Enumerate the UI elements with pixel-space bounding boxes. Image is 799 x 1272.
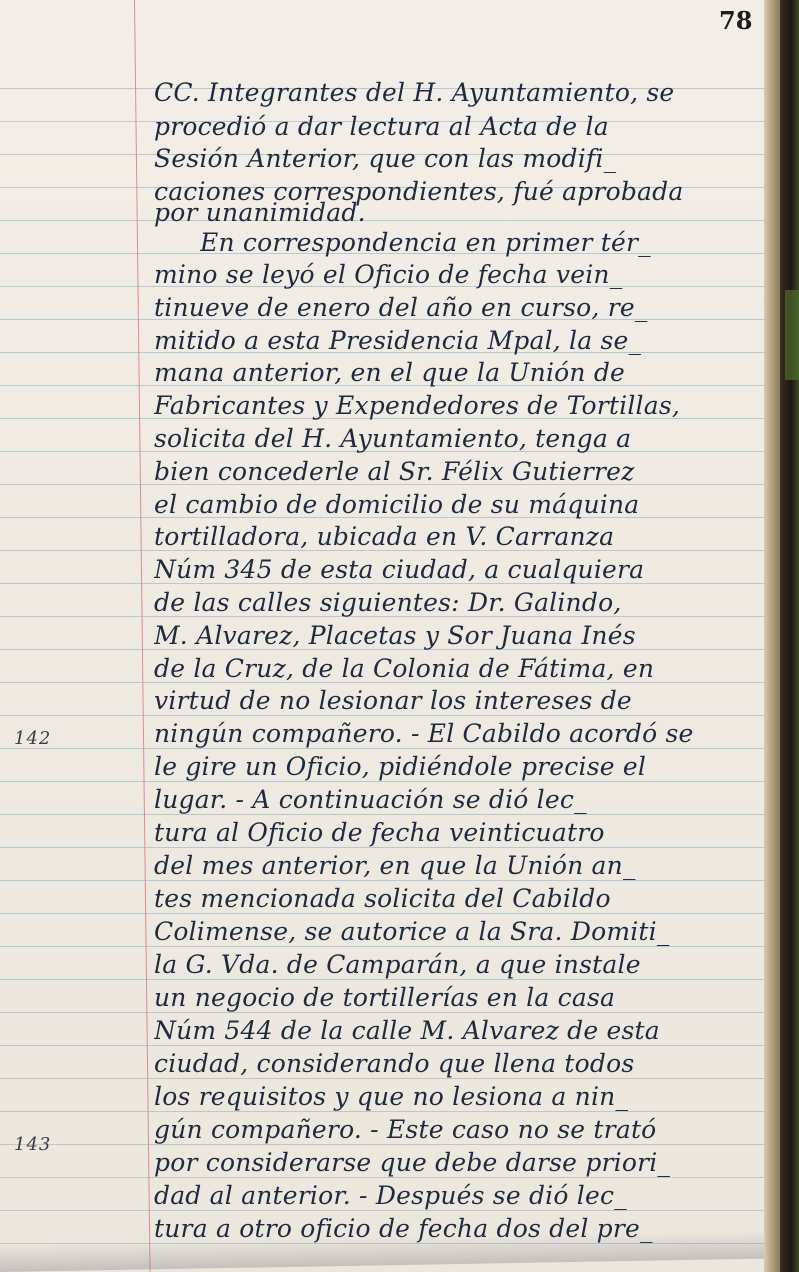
text-line: la G. Vda. de Camparán, a que instale <box>154 950 766 980</box>
text-line: virtud de no lesionar los intereses de <box>154 686 766 716</box>
text-line: gún compañero. - Este caso no se trató <box>154 1115 766 1145</box>
text-line: del mes anterior, en que la Unión an_ <box>154 851 766 881</box>
text-line: procedió a dar lectura al Acta de la <box>154 112 766 142</box>
page-bottom-shadow <box>0 1231 772 1272</box>
text-line: dad al anterior. - Después se dió lec_ <box>154 1181 766 1211</box>
binding-background-foliage <box>785 290 799 380</box>
text-line: le gire un Oficio, pidiéndole precise el <box>154 752 766 782</box>
text-line: ciudad, considerando que llena todos <box>154 1049 766 1079</box>
text-line: M. Alvarez, Placetas y Sor Juana Inés <box>154 621 766 651</box>
page-number: 78 <box>719 6 752 35</box>
text-line: solicita del H. Ayuntamiento, tenga a <box>154 424 766 454</box>
ledger-page: 78 142 143 CC. Integrantes del H. Ayunta… <box>0 0 772 1272</box>
text-line: el cambio de domicilio de su máquina <box>154 490 766 520</box>
text-line: tinueve de enero del año en curso, re_ <box>154 293 766 323</box>
text-line: bien concederle al Sr. Félix Gutierrez <box>154 457 766 487</box>
text-line: lugar. - A continuación se dió lec_ <box>154 785 766 815</box>
text-line: tortilladora, ubicada en V. Carranza <box>154 522 766 552</box>
text-line: Núm 544 de la calle M. Alvarez de esta <box>154 1016 766 1046</box>
book-binding <box>780 0 799 1272</box>
text-line: tura al Oficio de fecha veinticuatro <box>154 818 766 848</box>
text-line: CC. Integrantes del H. Ayuntamiento, se <box>154 78 766 108</box>
text-line: mana anterior, en el que la Unión de <box>154 358 766 388</box>
text-line: tes mencionada solicita del Cabildo <box>154 884 766 914</box>
text-line: Núm 345 de esta ciudad, a cualquiera <box>154 555 766 585</box>
text-line: Colimense, se autorice a la Sra. Domiti_ <box>154 917 766 947</box>
text-line: por considerarse que debe darse priori_ <box>154 1148 766 1178</box>
text-line: un negocio de tortillerías en la casa <box>154 983 766 1013</box>
margin-note-143: 143 <box>14 1134 51 1155</box>
text-line: los requisitos y que no lesiona a nin_ <box>154 1082 766 1112</box>
margin-line <box>134 0 151 1272</box>
text-line: mino se leyó el Oficio de fecha vein_ <box>154 260 766 290</box>
text-line: de las calles siguientes: Dr. Galindo, <box>154 588 766 618</box>
text-line: ningún compañero. - El Cabildo acordó se <box>154 719 766 749</box>
text-line: por unanimidad. <box>154 198 766 228</box>
text-line: Fabricantes y Expendedores de Tortillas, <box>154 391 766 421</box>
page-edge-stack <box>764 0 780 1272</box>
text-line: de la Cruz, de la Colonia de Fátima, en <box>154 654 766 684</box>
text-line: Sesión Anterior, que con las modifi_ <box>154 144 766 174</box>
text-line: En correspondencia en primer tér_ <box>200 228 766 258</box>
margin-note-142: 142 <box>14 728 51 749</box>
text-line: mitido a esta Presidencia Mpal, la se_ <box>154 326 766 356</box>
